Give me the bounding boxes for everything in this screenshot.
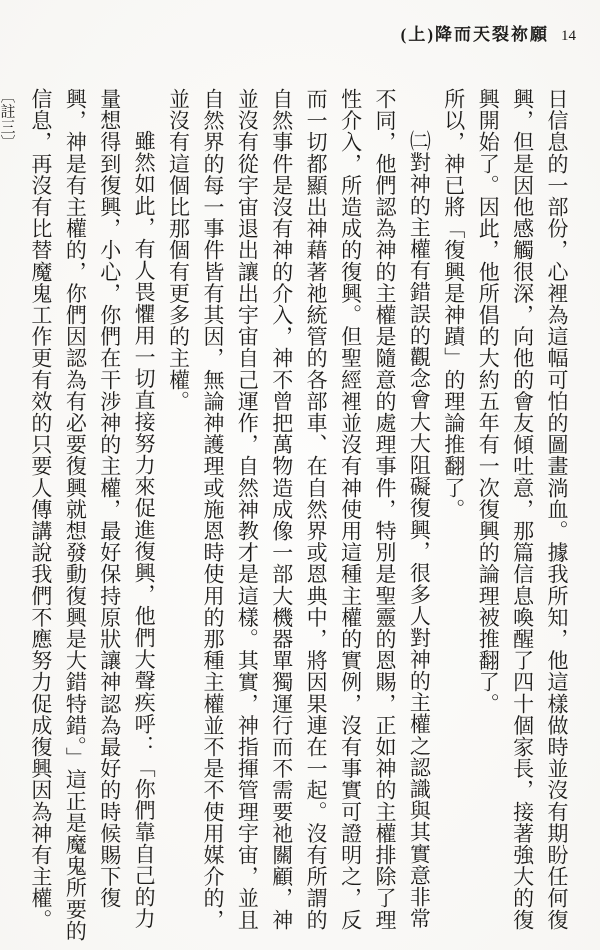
paragraph: 日信息的一部份，心裡為這幅可怕的圖畫淌血。據我所知，他這樣做時並沒有期盼任何復興… (471, 88, 574, 946)
page-number: 14 (561, 28, 576, 45)
footnote-marker: 〔註三〕 (0, 88, 15, 150)
book-page: (上)降而天裂祢願14 日信息的一部份，心裡為這幅可怕的圖畫淌血。據我所知，他這… (0, 0, 600, 950)
body-text: 日信息的一部份，心裡為這幅可怕的圖畫淌血。據我所知，他這樣做時並沒有期盼任何復興… (22, 88, 574, 946)
paragraph: 雖然如此，有人畏懼用一切直接努力來促進復興，他們大聲疾呼：「你們靠自己的力量想得… (0, 88, 161, 946)
book-title: (上)降而天裂祢願 (401, 25, 549, 44)
paragraph-text: 雖然如此，有人畏懼用一切直接努力來促進復興，他們大聲疾呼：「你們靠自己的力量想得… (29, 88, 156, 942)
paragraph: 所以，神已將「復興是神蹟」的理論推翻了。 (436, 88, 470, 946)
page-header: (上)降而天裂祢願14 (401, 20, 576, 45)
paragraph: ㈡對神的主權有錯誤的觀念會大大阻礙復興，很多人對神的主權之認識與其實意非常不同，… (161, 88, 436, 946)
